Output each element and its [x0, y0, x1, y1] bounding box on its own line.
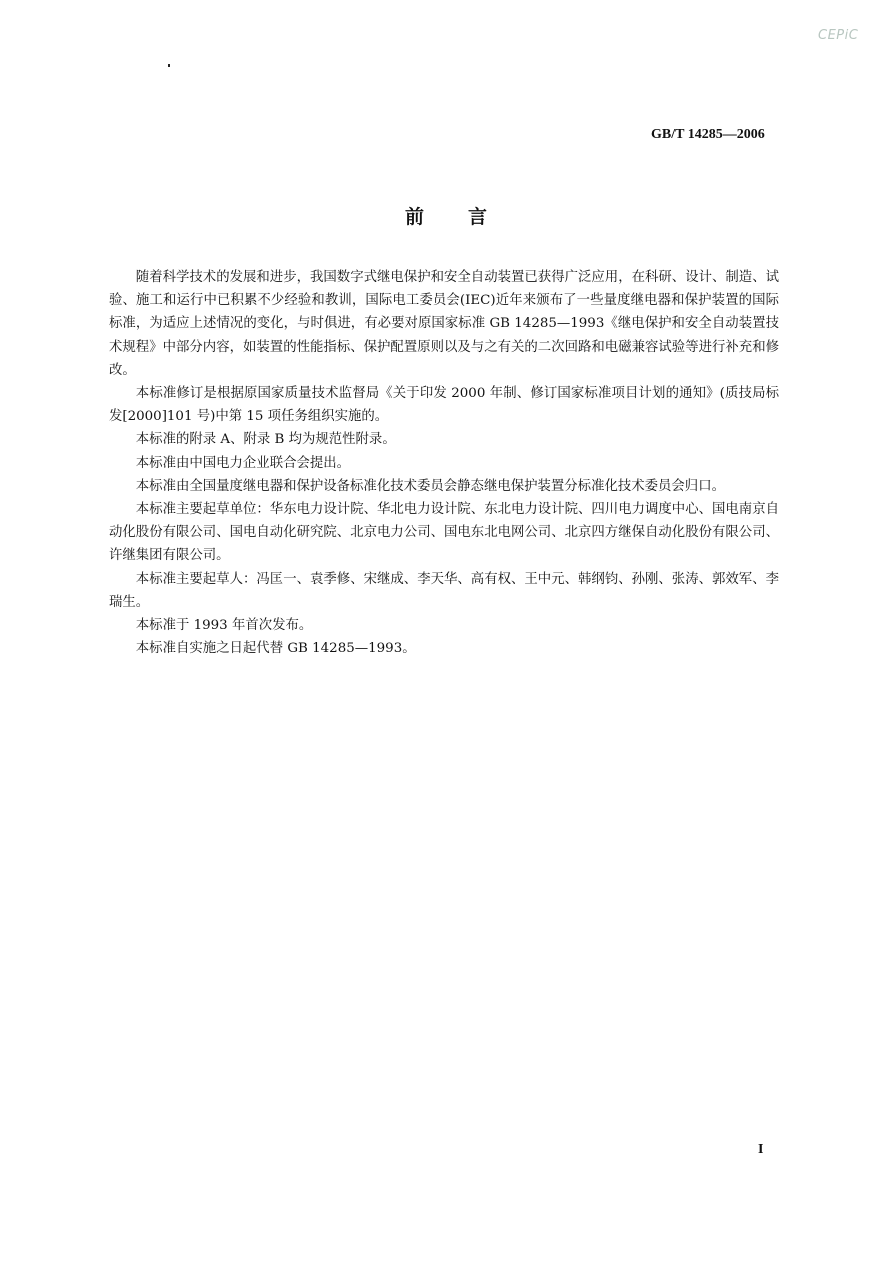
paragraph-proposer: 本标准由中国电力企业联合会提出。: [109, 452, 779, 475]
paragraph-drafting-units: 本标准主要起草单位：华东电力设计院、华北电力设计院、东北电力设计院、四川电力调度…: [109, 498, 779, 568]
paragraph-basis: 本标准修订是根据原国家质量技术监督局《关于印发 2000 年制、修订国家标准项目…: [109, 382, 779, 428]
paragraph-background: 随着科学技术的发展和进步，我国数字式继电保护和安全自动装置已获得广泛应用，在科研…: [109, 266, 779, 382]
standard-number: GB/T 14285—2006: [651, 127, 765, 143]
paragraph-first-issue: 本标准于 1993 年首次发布。: [109, 614, 779, 637]
scan-speck: [168, 64, 170, 67]
paragraph-replaces: 本标准自实施之日起代替 GB 14285—1993。: [109, 637, 779, 660]
watermark-logo: CEPiC: [818, 28, 858, 43]
page-number: I: [758, 1142, 763, 1158]
foreword-body: 随着科学技术的发展和进步，我国数字式继电保护和安全自动装置已获得广泛应用，在科研…: [109, 266, 779, 660]
page-title: 前言: [0, 202, 892, 229]
paragraph-drafters: 本标准主要起草人：冯匡一、袁季修、宋继成、李天华、高有权、王中元、韩纲钧、孙刚、…: [109, 568, 779, 614]
paragraph-committee: 本标准由全国量度继电器和保护设备标准化技术委员会静态继电保护装置分标准化技术委员…: [109, 475, 779, 498]
paragraph-annexes: 本标准的附录 A、附录 B 均为规范性附录。: [109, 428, 779, 451]
